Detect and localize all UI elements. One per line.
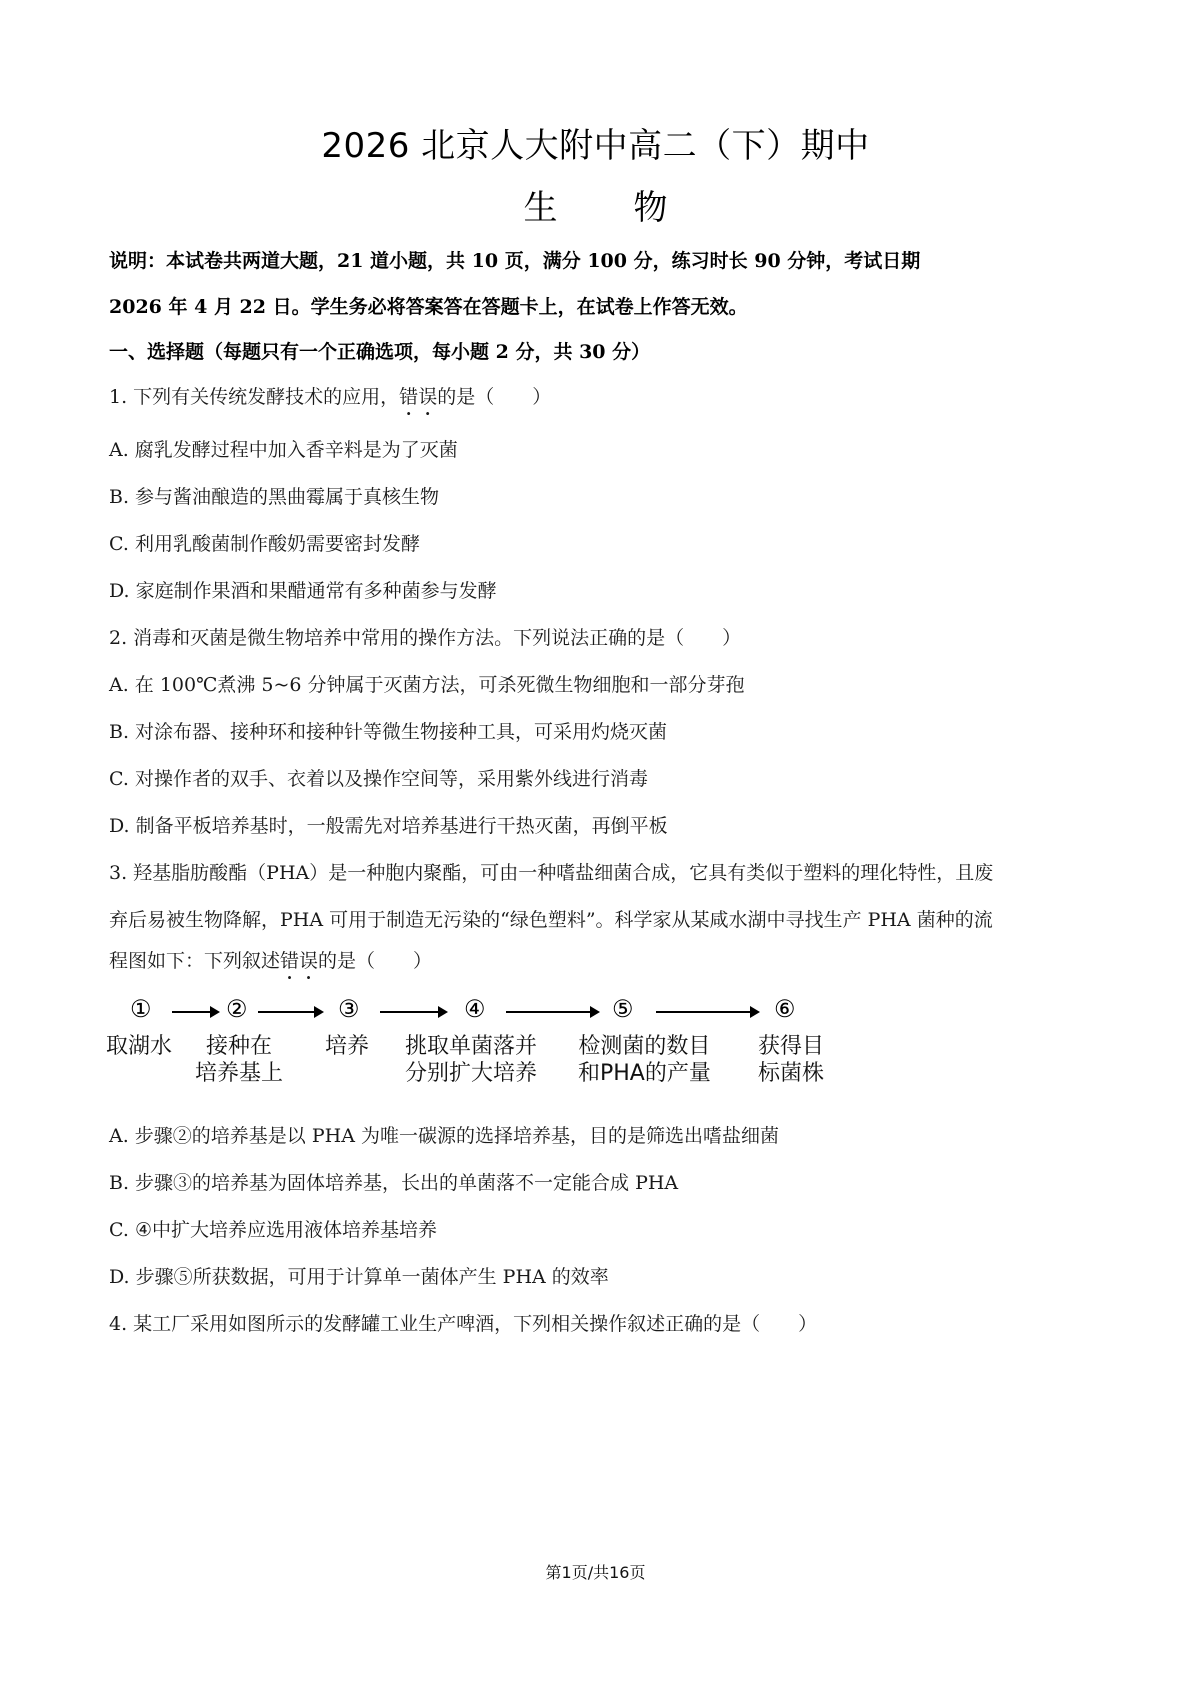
question-stem-text: 的是（ ） bbox=[318, 950, 432, 972]
step-2-marker: ② bbox=[226, 995, 248, 1023]
page-number: 第1页/共16页 bbox=[0, 1560, 1191, 1583]
step-label-line: 取湖水 bbox=[106, 1033, 172, 1060]
question-1-option-a: A. 腐乳发酵过程中加入香辛料是为了灭菌 bbox=[109, 435, 458, 462]
step-label-line: 培养基上 bbox=[195, 1060, 283, 1087]
question-3-stem-line-2: 弃后易被生物降解，PHA 可用于制造无污染的“绿色塑料”。科学家从某咸水湖中寻找… bbox=[109, 905, 993, 932]
step-label-line: 和PHA的产量 bbox=[578, 1060, 711, 1087]
emphasis-char: 误 bbox=[299, 946, 318, 973]
subject-char: 物 bbox=[634, 180, 668, 229]
step-label-line: 检测菌的数目 bbox=[578, 1033, 711, 1060]
step-3-label: 培养 bbox=[325, 1033, 369, 1060]
step-5-label: 检测菌的数目 和PHA的产量 bbox=[578, 1033, 711, 1087]
step-1-marker: ① bbox=[130, 995, 152, 1023]
instructions-line-1: 说明：本试卷共两道大题，21 道小题，共 10 页，满分 100 分，练习时长 … bbox=[109, 246, 920, 273]
emphasis-char: 误 bbox=[418, 382, 437, 409]
step-label-line: 接种在 bbox=[195, 1033, 283, 1060]
arrow-icon bbox=[258, 1011, 322, 1013]
step-label-line: 标菌株 bbox=[758, 1060, 824, 1087]
question-1-option-c: C. 利用乳酸菌制作酸奶需要密封发酵 bbox=[109, 529, 420, 556]
arrow-icon bbox=[656, 1011, 758, 1013]
step-3-marker: ③ bbox=[338, 995, 360, 1023]
pha-flowchart: ① ② ③ ④ ⑤ ⑥ 取湖水 接种在 培养基上 培养 挑取单菌落并 分别扩大培… bbox=[110, 995, 850, 1100]
question-2-option-b: B. 对涂布器、接种环和接种针等微生物接种工具，可采用灼烧灭菌 bbox=[109, 717, 667, 744]
subject-title: 生物 bbox=[0, 180, 1191, 229]
step-label-line: 培养 bbox=[325, 1033, 369, 1060]
step-label-line: 获得目 bbox=[758, 1033, 824, 1060]
question-2-option-c: C. 对操作者的双手、衣着以及操作空间等，采用紫外线进行消毒 bbox=[109, 764, 648, 791]
step-6-marker: ⑥ bbox=[774, 995, 796, 1023]
question-2-stem: 2. 消毒和灭菌是微生物培养中常用的操作方法。下列说法正确的是（ ） bbox=[109, 623, 741, 650]
step-4-marker: ④ bbox=[464, 995, 486, 1023]
instructions-line-2: 2026 年 4 月 22 日。学生务必将答案答在答题卡上，在试卷上作答无效。 bbox=[109, 292, 748, 319]
subject-char: 生 bbox=[524, 180, 558, 229]
question-3-option-c: C. ④中扩大培养应选用液体培养基培养 bbox=[109, 1215, 437, 1242]
question-1-stem: 1. 下列有关传统发酵技术的应用，错误的是（ ） bbox=[109, 382, 551, 409]
question-stem-text: 的是（ ） bbox=[437, 386, 551, 408]
question-1-option-b: B. 参与酱油酿造的黑曲霉属于真核生物 bbox=[109, 482, 439, 509]
arrow-icon bbox=[506, 1011, 598, 1013]
question-4-stem: 4. 某工厂采用如图所示的发酵罐工业生产啤酒，下列相关操作叙述正确的是（ ） bbox=[109, 1309, 817, 1336]
question-3-option-b: B. 步骤③的培养基为固体培养基，长出的单菌落不一定能合成 PHA bbox=[109, 1168, 678, 1195]
emphasis-char: 错 bbox=[280, 946, 299, 973]
step-label-line: 分别扩大培养 bbox=[405, 1060, 537, 1087]
exam-title: 2026 北京人大附中高二（下）期中 bbox=[0, 118, 1191, 167]
step-label-line: 挑取单菌落并 bbox=[405, 1033, 537, 1060]
step-4-label: 挑取单菌落并 分别扩大培养 bbox=[405, 1033, 537, 1087]
step-2-label: 接种在 培养基上 bbox=[195, 1033, 283, 1087]
question-2-option-d: D. 制备平板培养基时，一般需先对培养基进行干热灭菌，再倒平板 bbox=[109, 811, 668, 838]
question-stem-text: 程图如下：下列叙述 bbox=[109, 950, 280, 972]
question-stem-text: 1. 下列有关传统发酵技术的应用， bbox=[109, 386, 399, 408]
section-heading: 一、选择题（每题只有一个正确选项，每小题 2 分，共 30 分） bbox=[109, 337, 650, 364]
arrow-icon bbox=[172, 1011, 218, 1013]
question-2-option-a: A. 在 100℃煮沸 5~6 分钟属于灭菌方法，可杀死微生物细胞和一部分芽孢 bbox=[109, 670, 745, 697]
exam-page: 2026 北京人大附中高二（下）期中 生物 说明：本试卷共两道大题，21 道小题… bbox=[0, 0, 1191, 1684]
question-3-option-a: A. 步骤②的培养基是以 PHA 为唯一碳源的选择培养基，目的是筛选出嗜盐细菌 bbox=[109, 1121, 779, 1148]
step-6-label: 获得目 标菌株 bbox=[758, 1033, 824, 1087]
step-5-marker: ⑤ bbox=[612, 995, 634, 1023]
emphasis-char: 错 bbox=[399, 382, 418, 409]
question-3-option-d: D. 步骤⑤所获数据，可用于计算单一菌体产生 PHA 的效率 bbox=[109, 1262, 609, 1289]
question-3-stem-line-1: 3. 羟基脂肪酸酯（PHA）是一种胞内聚酯，可由一种嗜盐细菌合成，它具有类似于塑… bbox=[109, 858, 993, 885]
question-1-option-d: D. 家庭制作果酒和果醋通常有多种菌参与发酵 bbox=[109, 576, 497, 603]
question-3-stem-line-3: 程图如下：下列叙述错误的是（ ） bbox=[109, 946, 432, 973]
arrow-icon bbox=[380, 1011, 446, 1013]
step-1-label: 取湖水 bbox=[106, 1033, 172, 1060]
